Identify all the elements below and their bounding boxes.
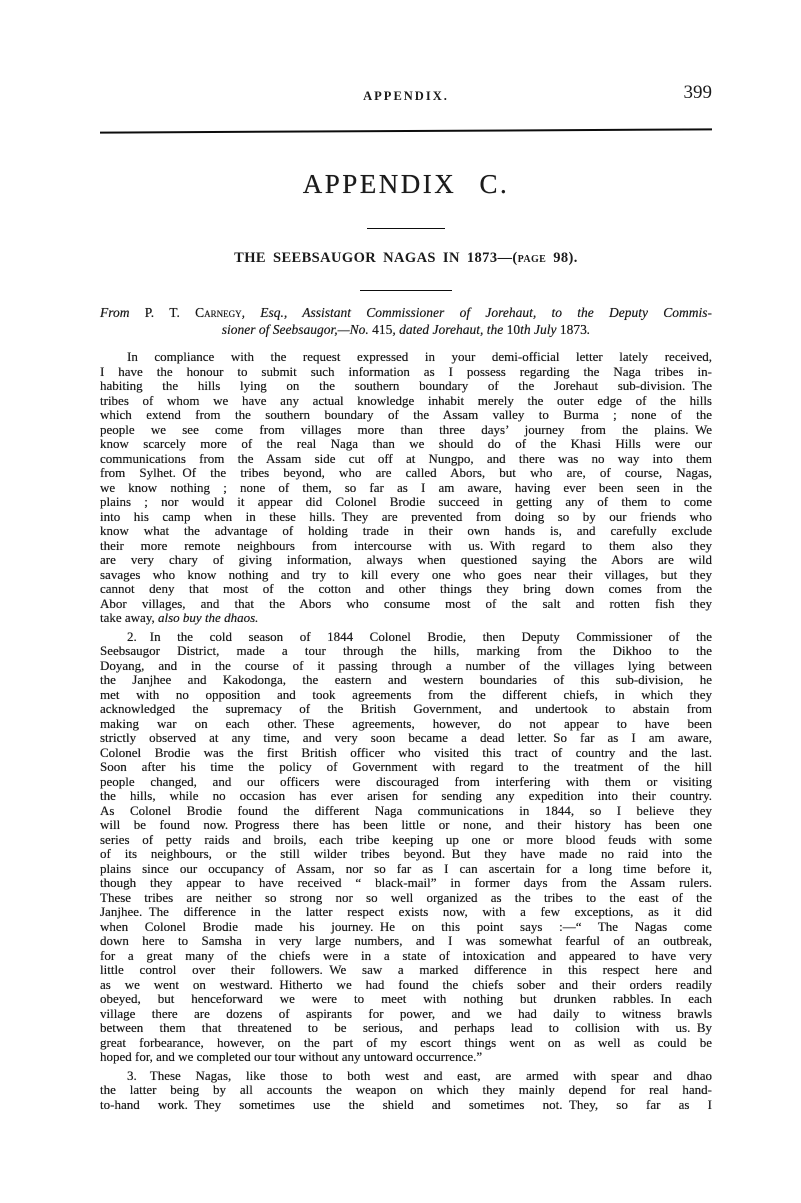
text-line: little control over their followers. We … (100, 963, 712, 978)
text-line: plains since our occupancy of Assam, nor… (100, 862, 712, 877)
text-line: tribes of whom we have any actual knowle… (100, 394, 712, 409)
divider-rule-top (100, 228, 712, 229)
text-line: the Janjhee and Kakodonga, the eastern a… (100, 673, 712, 688)
page-number: 399 (100, 82, 712, 104)
text-line: will be found now. Progress there has be… (100, 818, 712, 833)
header-rule (100, 128, 712, 133)
text-line: Doyang, and in the course of it passing … (100, 659, 712, 674)
text-line: know what the advantage of holding trade… (100, 524, 712, 539)
text-line: are very chary of giving information, al… (100, 553, 712, 568)
text-line: the hills, while no occasion has ever ar… (100, 789, 712, 804)
text-line: Colonel Brodie was the first British off… (100, 746, 712, 761)
text-line: which extend from the southern boundary … (100, 408, 712, 423)
text-line: between them that threatened to be serio… (100, 1021, 712, 1036)
text-line: habiting the hills lying on the southern… (100, 379, 712, 394)
text-line: As Colonel Brodie found the different Na… (100, 804, 712, 819)
text-line: know scarcely more of the real Naga than… (100, 437, 712, 452)
text-line: village there are dozens of aspirants fo… (100, 1007, 712, 1022)
paragraph: 2. In the cold season of 1844 Colonel Br… (100, 630, 712, 1065)
text-line: their more remote neighbours from interc… (100, 539, 712, 554)
text-line: plains ; nor would it appear did Colonel… (100, 495, 712, 510)
text-line: we know nothing ; none of them, so far a… (100, 481, 712, 496)
letter-heading: From P. T. Carnegy, Esq., Assistant Comm… (100, 304, 712, 338)
text-line: to-hand work. They sometimes use the shi… (100, 1098, 712, 1113)
text-line: savages who know nothing and try to kill… (100, 568, 712, 583)
scanned-page: APPENDIX. 399 APPENDIX C. THE SEEBSAUGOR… (0, 0, 801, 1203)
text-line: take away, also buy the dhaos. (100, 611, 712, 626)
text-line: Janjhee. The difference in the latter re… (100, 905, 712, 920)
text-line: making war on each other. These agreemen… (100, 717, 712, 732)
text-line: into his camp when in these hills. They … (100, 510, 712, 525)
text-line: Soon after his time the policy of Govern… (100, 760, 712, 775)
text-line: down here to Samsha in very large number… (100, 934, 712, 949)
section-subtitle: THE SEEBSAUGOR NAGAS IN 1873—(page 98). (100, 250, 712, 267)
text-line: from Sylhet. Of the tribes beyond, who a… (100, 466, 712, 481)
text-line: as we went on westward. Hitherto we had … (100, 978, 712, 993)
letter-body: In compliance with the request expressed… (100, 350, 712, 1112)
letter-heading-line: sioner of Seebsaugor,—No. 415, dated Jor… (100, 321, 712, 338)
appendix-title: APPENDIX C. (100, 169, 712, 200)
text-line: people changed, and our officers were di… (100, 775, 712, 790)
text-line: people we see come from villages more th… (100, 423, 712, 438)
text-line: cannot deny that most of the cotton and … (100, 582, 712, 597)
text-line: hoped for, and we completed our tour wit… (100, 1050, 712, 1065)
text-line: when Colonel Brodie made his journey. He… (100, 920, 712, 935)
text-line: These tribes are neither so strong nor s… (100, 891, 712, 906)
text-line: great forbearance, however, on the part … (100, 1036, 712, 1051)
paragraph: 3. These Nagas, like those to both west … (100, 1069, 712, 1113)
divider-rule-bottom (100, 290, 712, 291)
text-line: strictly observed at any time, and very … (100, 731, 712, 746)
text-line: I have the honour to submit such informa… (100, 365, 712, 380)
text-line: 2. In the cold season of 1844 Colonel Br… (100, 630, 712, 645)
text-line: communications from the Assam side cut o… (100, 452, 712, 467)
paragraph: In compliance with the request expressed… (100, 350, 712, 626)
text-line: for a great many of the chiefs were in a… (100, 949, 712, 964)
text-line: 3. These Nagas, like those to both west … (100, 1069, 712, 1084)
text-line: Seebsaugor District, made a tour through… (100, 644, 712, 659)
text-line: series of petty raids and broils, each t… (100, 833, 712, 848)
text-line: the latter being by all accounts the wea… (100, 1083, 712, 1098)
text-line: obeyed, but henceforward we were to meet… (100, 992, 712, 1007)
text-line: Abor villages, and that the Abors who co… (100, 597, 712, 612)
text-line: though they appear to have received “ bl… (100, 876, 712, 891)
text-line: met with no opposition and took agreemen… (100, 688, 712, 703)
text-line: In compliance with the request expressed… (100, 350, 712, 365)
text-line: of its neighbours, or the still wilder t… (100, 847, 712, 862)
letter-heading-line: From P. T. Carnegy, Esq., Assistant Comm… (100, 304, 712, 321)
text-line: acknowledged the supremacy of the Britis… (100, 702, 712, 717)
